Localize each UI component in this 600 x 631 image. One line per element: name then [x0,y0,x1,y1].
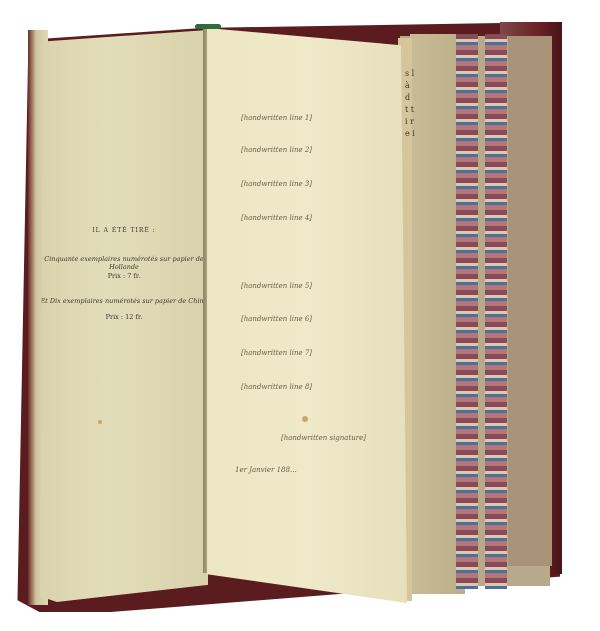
price-1: Prix : 7 fr. [40,272,208,280]
justification-line-2: Et Dix exemplaires numérotés sur papier … [34,297,214,305]
handwritten-signature: [handwritten signature] [281,434,366,442]
justification-line-1: Cinquante exemplaires numérotés sur papi… [34,255,214,271]
handwritten-date: 1er Janvier 188… [235,466,297,474]
justification-heading: IL A ÉTÉ TIRÉ : [40,227,208,234]
handwritten-line: [handwritten line 7] [241,349,312,357]
foxing-spot [98,420,102,424]
green-ribbon [195,24,221,29]
left-page: IL A ÉTÉ TIRÉ : Cinquante exemplaires nu… [40,30,208,602]
foxing-spot [302,416,308,422]
handwritten-line: [handwritten line 2] [241,146,312,154]
marbled-edge-2 [485,34,507,589]
right-page: [handwritten line 1] [handwritten line 2… [207,28,407,603]
handwritten-line: [handwritten line 8] [241,383,312,391]
endpaper-block [508,36,552,566]
handwritten-line: [handwritten line 3] [241,180,312,188]
handwritten-line: [handwritten line 5] [241,282,312,290]
handwritten-line: [handwritten line 4] [241,214,312,222]
handwritten-line: [handwritten line 1] [241,114,312,122]
price-2: Prix : 12 fr. [40,313,208,321]
handwritten-line: [handwritten line 6] [241,315,312,323]
marbled-edge-1 [456,34,478,589]
page-edge-print: s l à d t t i r e i [405,68,415,568]
